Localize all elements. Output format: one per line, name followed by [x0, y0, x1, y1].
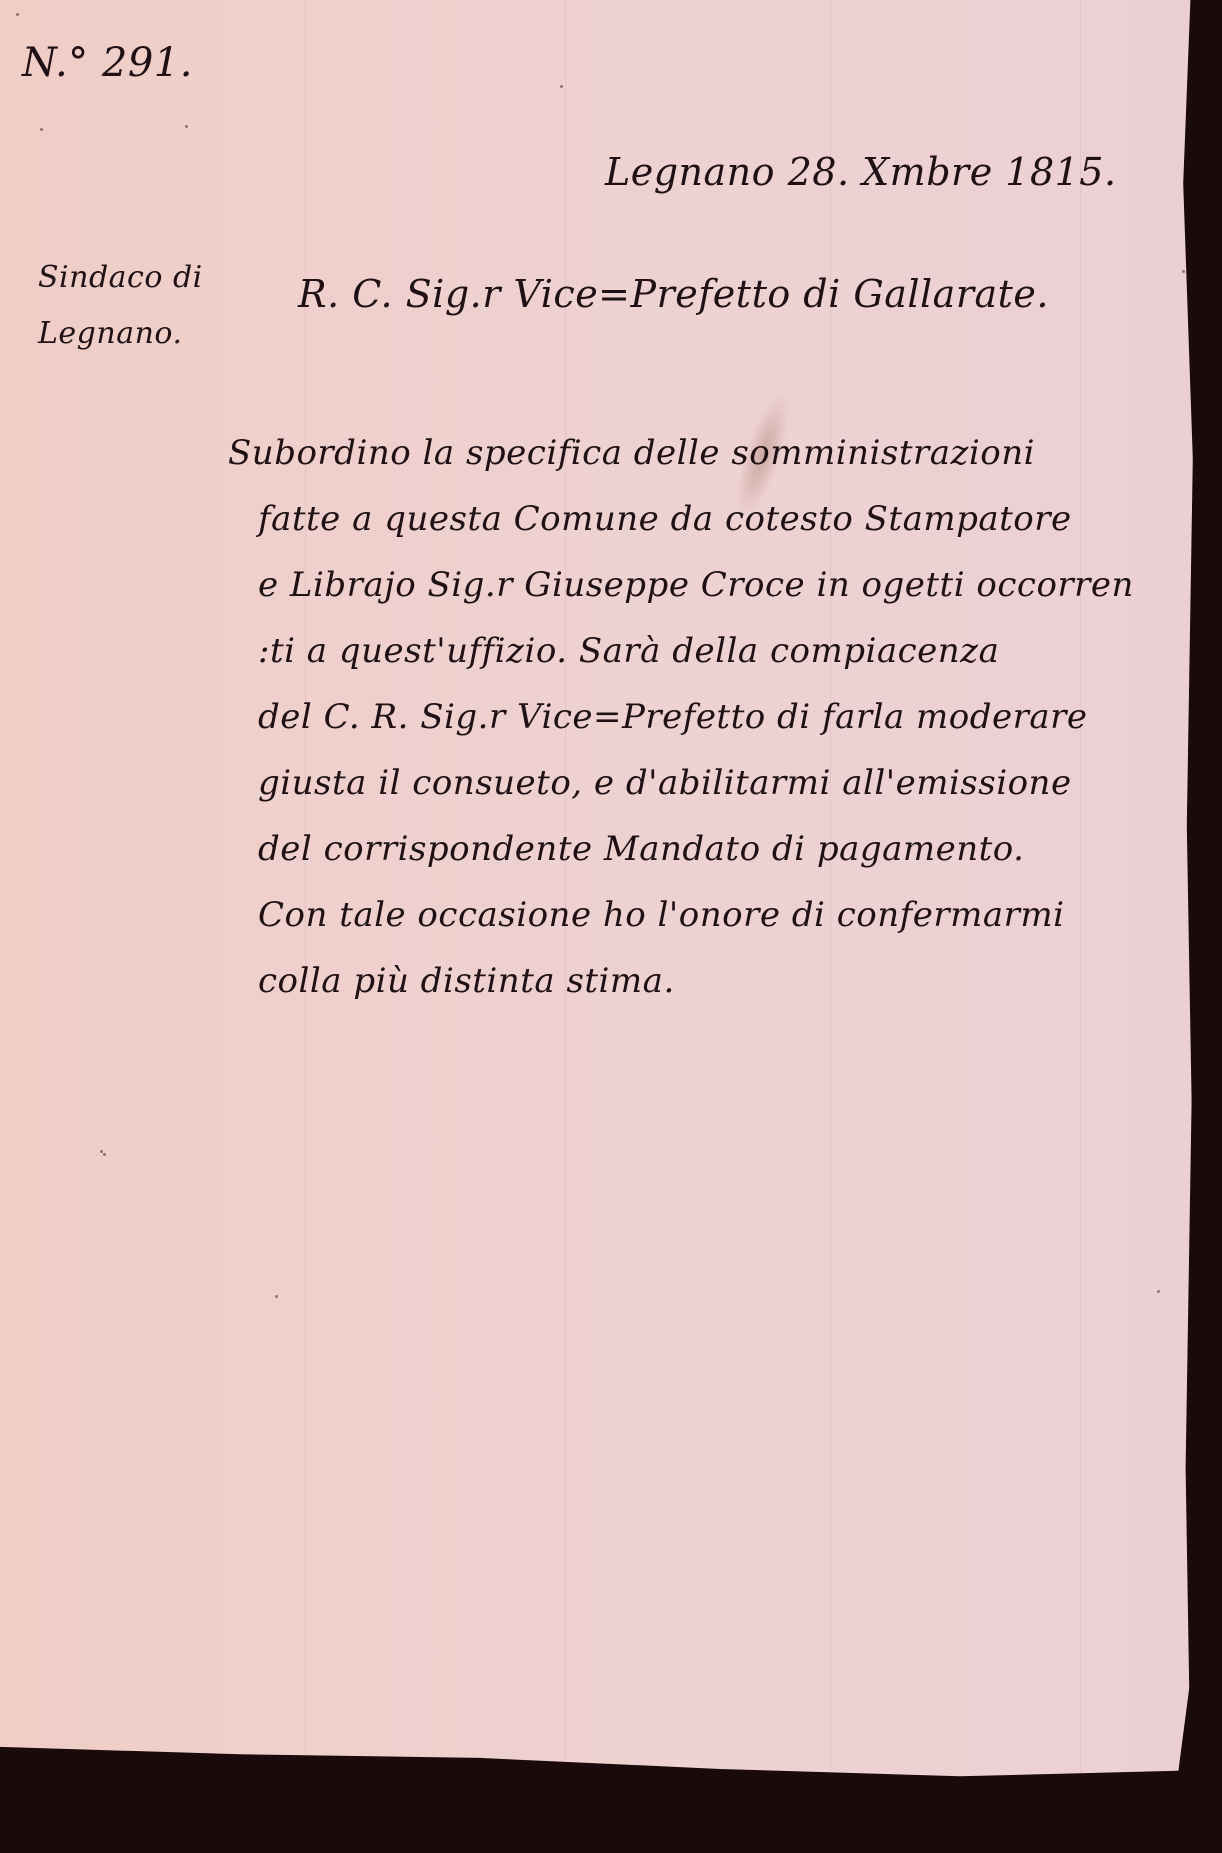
letter-body: Subordino la specifica delle somministra…: [228, 420, 1134, 1014]
ink-speck: [103, 1153, 106, 1156]
body-line: colla più distinta stima.: [258, 948, 1134, 1014]
manuscript-page: N.° 291. Legnano 28. Xmbre 1815. Sindaco…: [0, 0, 1200, 1835]
body-line: Con tale occasione ho l'onore di conferm…: [258, 882, 1134, 948]
ink-speck: [185, 125, 188, 128]
ink-speck: [1157, 1290, 1160, 1293]
body-line: fatte a questa Comune da cotesto Stampat…: [258, 486, 1134, 552]
ink-speck: [16, 13, 19, 16]
ink-speck: [560, 85, 563, 88]
body-line: giusta il consueto, e d'abilitarmi all'e…: [258, 750, 1134, 816]
sender-line: Sindaco di: [38, 250, 203, 306]
reference-number: N.° 291.: [22, 40, 193, 86]
ink-speck: [40, 128, 43, 131]
ink-speck: [275, 1295, 278, 1298]
body-line: e Librajo Sig.r Giuseppe Croce in ogetti…: [258, 552, 1134, 618]
body-line: del corrispondente Mandato di pagamento.: [258, 816, 1134, 882]
ink-speck: [1182, 270, 1185, 273]
addressee-line: R. C. Sig.r Vice=Prefetto di Gallarate.: [298, 272, 1049, 316]
place-date-line: Legnano 28. Xmbre 1815.: [605, 150, 1117, 194]
body-line: del C. R. Sig.r Vice=Prefetto di farla m…: [258, 684, 1134, 750]
body-line: :ti a quest'uffizio. Sarà della compiace…: [258, 618, 1134, 684]
sender-margin-note: Sindaco di Legnano.: [38, 250, 203, 362]
body-line: Subordino la specifica delle somministra…: [228, 420, 1134, 486]
sender-line: Legnano.: [38, 306, 203, 362]
